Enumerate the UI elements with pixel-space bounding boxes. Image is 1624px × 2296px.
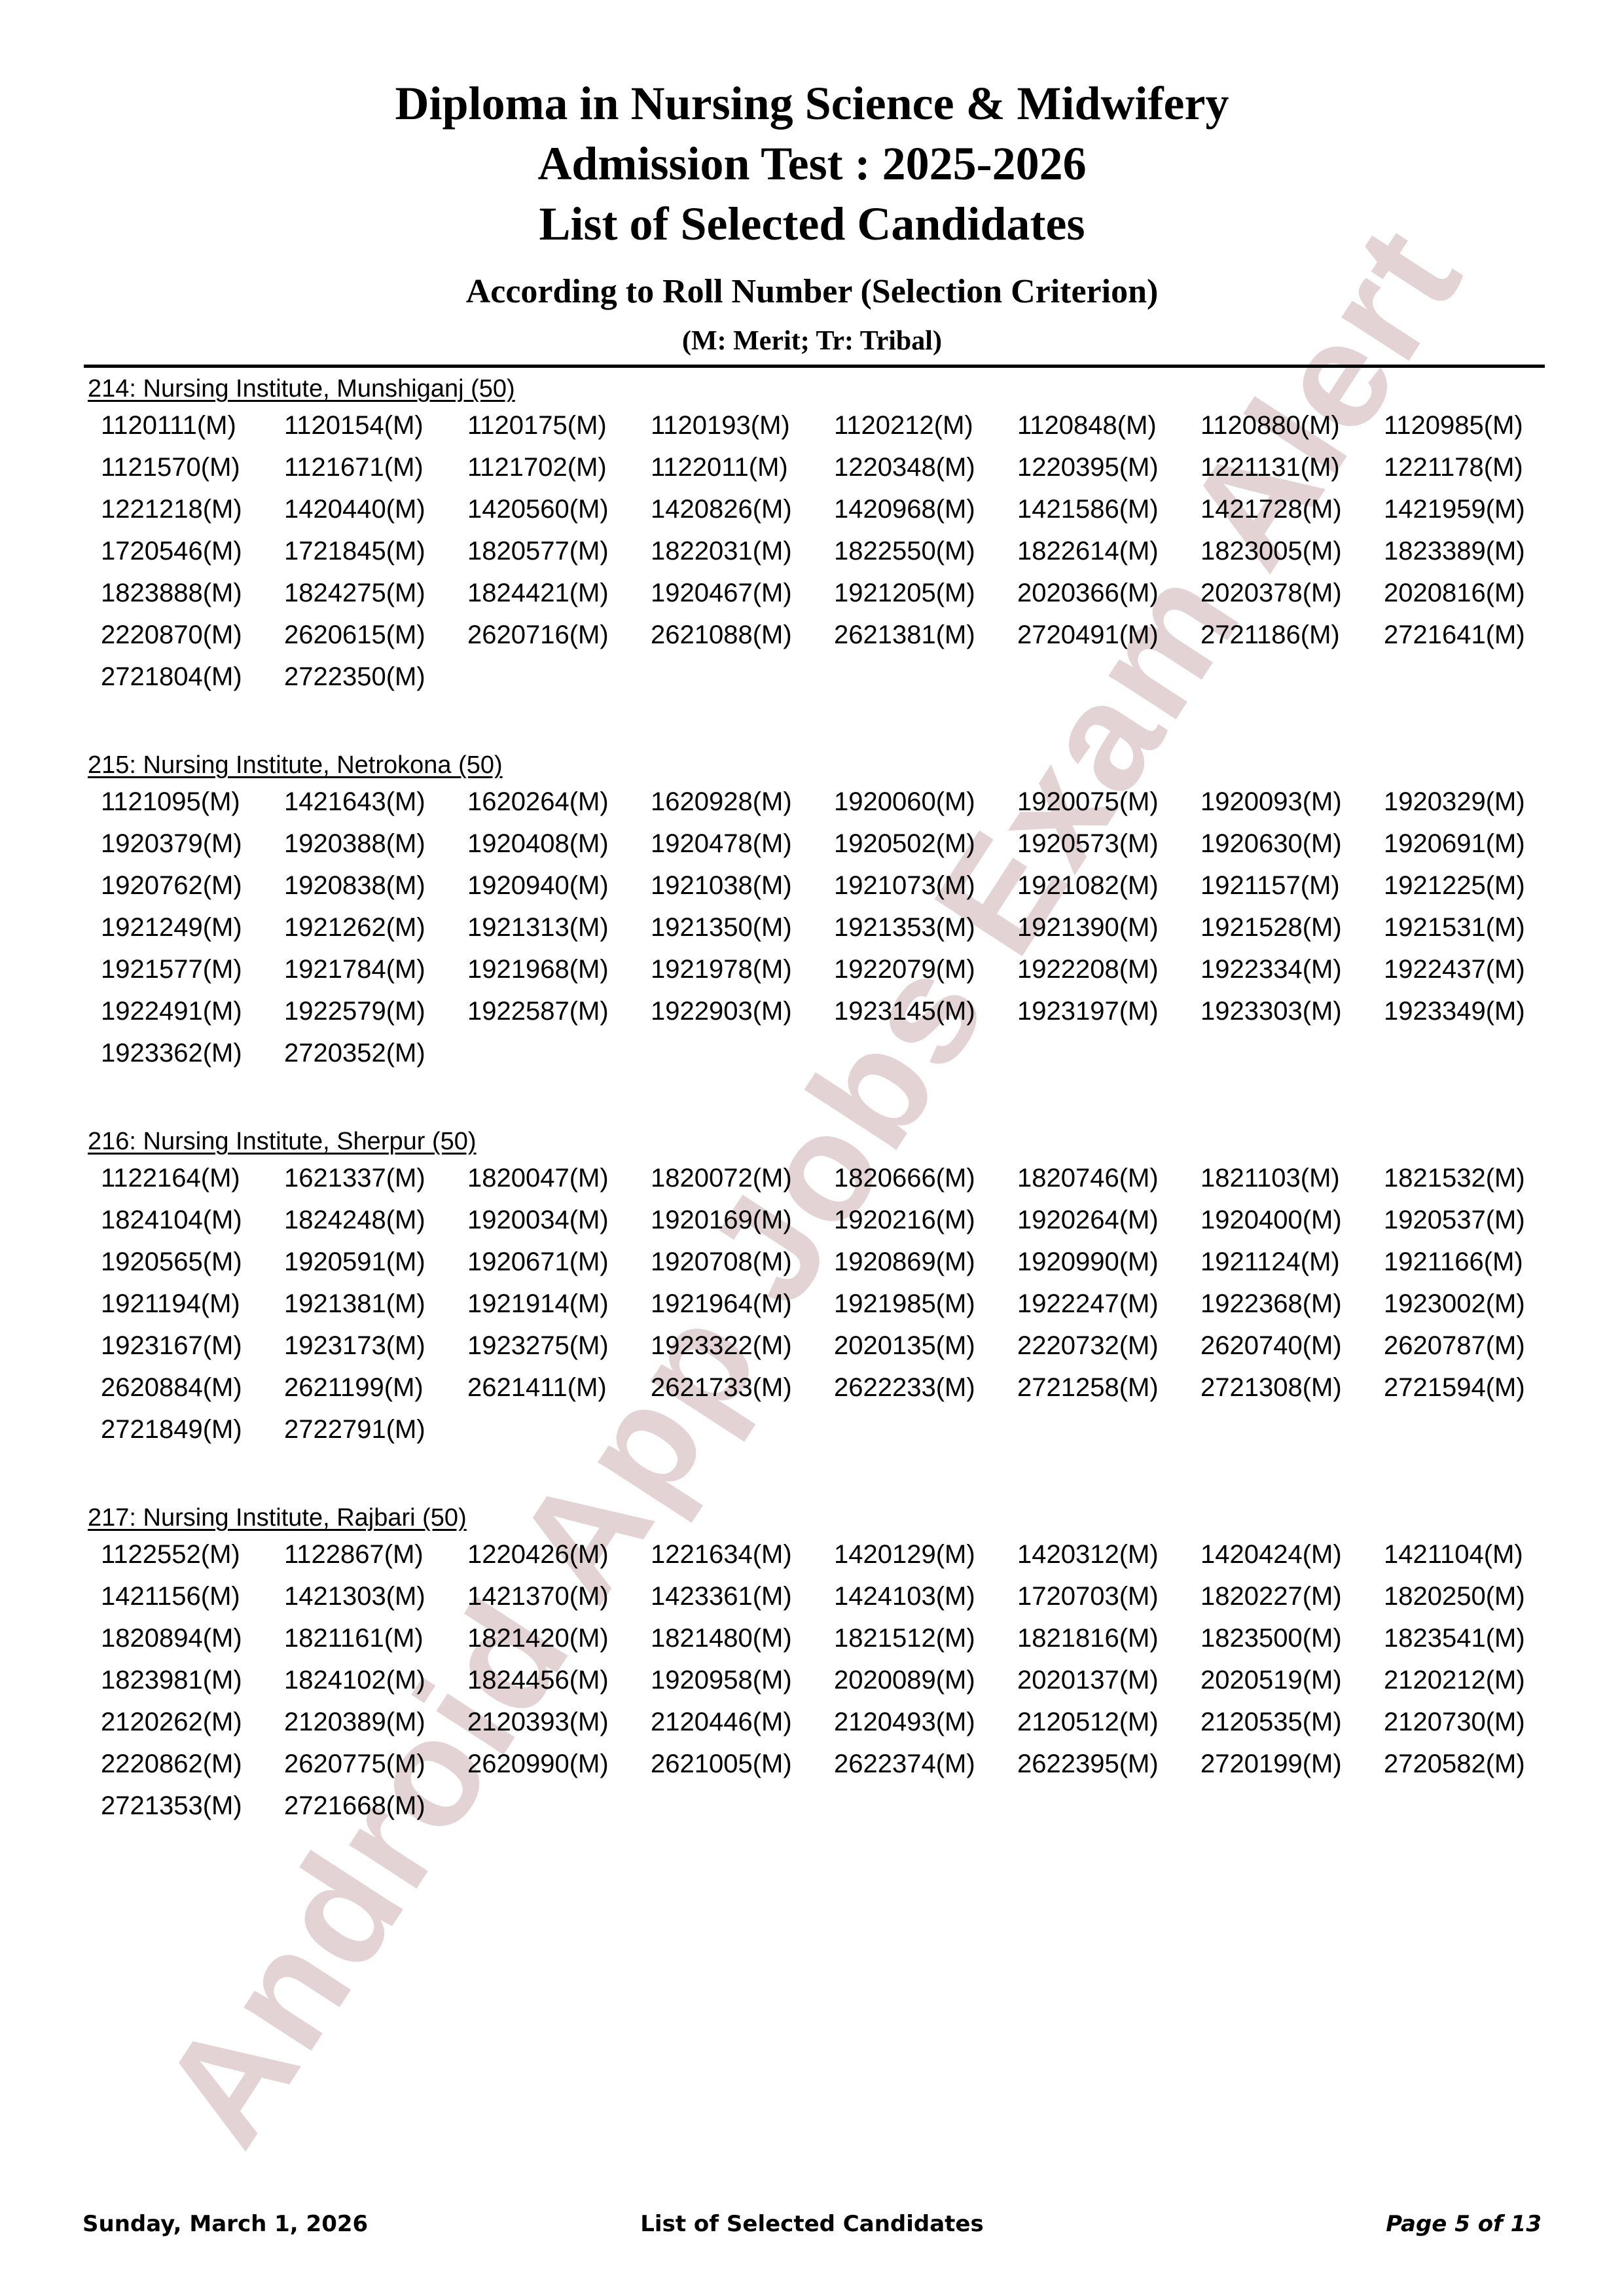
- roll-number: 1121095(M): [101, 786, 240, 817]
- roll-number: 1920573(M): [1017, 828, 1159, 859]
- roll-number: 1923197(M): [1017, 996, 1159, 1027]
- roll-number: 2721641(M): [1384, 619, 1525, 651]
- roll-number: 2622395(M): [1017, 1748, 1159, 1780]
- roll-number: 1920630(M): [1200, 828, 1342, 859]
- roll-number: 2120389(M): [284, 1706, 425, 1738]
- roll-number: 1922579(M): [284, 996, 425, 1027]
- roll-number: 1824456(M): [467, 1664, 609, 1696]
- roll-number: 2120512(M): [1017, 1706, 1159, 1738]
- roll-number: 1921784(M): [284, 954, 425, 985]
- roll-number: 2721186(M): [1200, 619, 1340, 651]
- roll-number: 2720491(M): [1017, 619, 1159, 651]
- roll-number: 1420440(M): [284, 493, 425, 525]
- roll-number: 1424103(M): [834, 1581, 975, 1612]
- roll-number: 1921073(M): [834, 870, 975, 901]
- roll-number: 1120111(M): [101, 410, 236, 441]
- roll-number: 1820894(M): [101, 1623, 242, 1654]
- roll-number: 1923167(M): [101, 1330, 242, 1361]
- roll-number: 1923322(M): [651, 1330, 792, 1361]
- roll-number: 1921381(M): [284, 1288, 425, 1319]
- roll-number: 1922587(M): [467, 996, 609, 1027]
- roll-number: 1921978(M): [651, 954, 792, 985]
- roll-number: 2721258(M): [1017, 1372, 1159, 1403]
- section-title: 215: Nursing Institute, Netrokona (50): [88, 751, 503, 780]
- roll-number: 1920216(M): [834, 1204, 975, 1236]
- roll-number: 2621199(M): [284, 1372, 424, 1403]
- roll-number: 1923173(M): [284, 1330, 425, 1361]
- roll-number: 1920093(M): [1200, 786, 1342, 817]
- roll-number: 2120262(M): [101, 1706, 242, 1738]
- roll-number: 1120985(M): [1384, 410, 1523, 441]
- roll-number: 2220862(M): [101, 1748, 242, 1780]
- roll-number: 1420560(M): [467, 493, 609, 525]
- roll-number: 1823541(M): [1384, 1623, 1525, 1654]
- roll-number: 1920691(M): [1384, 828, 1525, 859]
- roll-number: 1923362(M): [101, 1037, 242, 1069]
- roll-number: 2720352(M): [284, 1037, 425, 1069]
- roll-number: 1423361(M): [651, 1581, 792, 1612]
- roll-number: 1920400(M): [1200, 1204, 1342, 1236]
- roll-number: 1120154(M): [284, 410, 424, 441]
- roll-number: 1420968(M): [834, 493, 975, 525]
- roll-number: 1921985(M): [834, 1288, 975, 1319]
- roll-number: 1923349(M): [1384, 996, 1525, 1027]
- roll-number: 1121570(M): [101, 452, 240, 483]
- roll-number: 1821480(M): [651, 1623, 792, 1654]
- roll-number: 1721845(M): [284, 535, 425, 567]
- roll-number: 1921249(M): [101, 912, 242, 943]
- roll-number: 1122867(M): [284, 1539, 424, 1570]
- roll-number: 1821420(M): [467, 1623, 609, 1654]
- roll-number: 2721594(M): [1384, 1372, 1525, 1403]
- roll-number: 1120212(M): [834, 410, 973, 441]
- roll-number: 1920379(M): [101, 828, 242, 859]
- roll-number: 1920467(M): [651, 577, 792, 609]
- roll-number: 2621733(M): [651, 1372, 792, 1403]
- roll-number: 2120393(M): [467, 1706, 609, 1738]
- roll-number: 1421643(M): [284, 786, 425, 817]
- roll-number: 1121671(M): [284, 452, 424, 483]
- roll-number: 1820577(M): [467, 535, 609, 567]
- roll-number: 1923303(M): [1200, 996, 1342, 1027]
- roll-number: 1823005(M): [1200, 535, 1342, 567]
- roll-number: 1620264(M): [467, 786, 609, 817]
- roll-number: 1822614(M): [1017, 535, 1159, 567]
- roll-number: 2120493(M): [834, 1706, 975, 1738]
- roll-number: 1922334(M): [1200, 954, 1342, 985]
- roll-number: 2220870(M): [101, 619, 242, 651]
- roll-number: 2120212(M): [1384, 1664, 1525, 1696]
- section-title: 217: Nursing Institute, Rajbari (50): [88, 1503, 467, 1532]
- roll-number: 1421303(M): [284, 1581, 425, 1612]
- roll-number: 1823888(M): [101, 577, 242, 609]
- roll-number: 1221218(M): [101, 493, 242, 525]
- roll-number: 1824104(M): [101, 1204, 242, 1236]
- roll-number: 1922208(M): [1017, 954, 1159, 985]
- roll-number: 1921353(M): [834, 912, 975, 943]
- roll-number: 1820746(M): [1017, 1162, 1159, 1194]
- roll-number: 1920060(M): [834, 786, 975, 817]
- section-title: 216: Nursing Institute, Sherpur (50): [88, 1127, 477, 1156]
- roll-number: 1921082(M): [1017, 870, 1159, 901]
- roll-number: 2721308(M): [1200, 1372, 1342, 1403]
- roll-number: 1122011(M): [651, 452, 788, 483]
- roll-number: 2722791(M): [284, 1414, 425, 1445]
- roll-number: 1920075(M): [1017, 786, 1159, 817]
- roll-number: 1920591(M): [284, 1246, 425, 1278]
- page-footer: Sunday, March 1, 2026 List of Selected C…: [0, 2211, 1624, 2244]
- roll-number: 2721804(M): [101, 661, 242, 692]
- roll-number: 1221178(M): [1384, 452, 1523, 483]
- roll-number: 1821103(M): [1200, 1162, 1340, 1194]
- roll-number: 1821512(M): [834, 1623, 975, 1654]
- roll-number: 1921313(M): [467, 912, 609, 943]
- roll-number: 1220426(M): [467, 1539, 609, 1570]
- roll-number: 1821532(M): [1384, 1162, 1525, 1194]
- roll-number: 1421728(M): [1200, 493, 1342, 525]
- roll-number: 1420424(M): [1200, 1539, 1342, 1570]
- document-page: Android App Jobs Exam Alert Diploma in N…: [0, 0, 1624, 2296]
- roll-number: 1922491(M): [101, 996, 242, 1027]
- roll-number: 1920034(M): [467, 1204, 609, 1236]
- roll-number: 1921124(M): [1200, 1246, 1340, 1278]
- roll-number: 1920838(M): [284, 870, 425, 901]
- footer-title: List of Selected Candidates: [0, 2211, 1624, 2237]
- roll-number: 1823981(M): [101, 1664, 242, 1696]
- roll-number: 1920478(M): [651, 828, 792, 859]
- roll-number: 1921225(M): [1384, 870, 1525, 901]
- roll-number: 2620775(M): [284, 1748, 425, 1780]
- roll-number: 1920502(M): [834, 828, 975, 859]
- roll-number: 1921968(M): [467, 954, 609, 985]
- roll-number: 1920565(M): [101, 1246, 242, 1278]
- roll-number: 1621337(M): [284, 1162, 425, 1194]
- roll-number: 2720582(M): [1384, 1748, 1525, 1780]
- roll-number: 2020816(M): [1384, 577, 1525, 609]
- roll-number: 2020366(M): [1017, 577, 1159, 609]
- roll-number: 1920388(M): [284, 828, 425, 859]
- roll-number: 1120880(M): [1200, 410, 1340, 441]
- roll-number: 2620740(M): [1200, 1330, 1342, 1361]
- document-title-line-2: Admission Test : 2025-2026: [0, 140, 1624, 187]
- roll-number: 2620884(M): [101, 1372, 242, 1403]
- roll-number: 1922368(M): [1200, 1288, 1342, 1319]
- roll-number: 2721353(M): [101, 1790, 242, 1821]
- roll-number: 1820666(M): [834, 1162, 975, 1194]
- roll-number: 2621381(M): [834, 619, 975, 651]
- roll-number: 2020135(M): [834, 1330, 975, 1361]
- roll-number: 1920329(M): [1384, 786, 1525, 817]
- roll-number: 2720199(M): [1200, 1748, 1342, 1780]
- roll-number: 1920940(M): [467, 870, 609, 901]
- roll-number: 1921157(M): [1200, 870, 1340, 901]
- roll-number: 2622374(M): [834, 1748, 975, 1780]
- roll-number: 2120446(M): [651, 1706, 792, 1738]
- roll-number: 1921528(M): [1200, 912, 1342, 943]
- roll-number: 1920408(M): [467, 828, 609, 859]
- roll-number: 1820227(M): [1200, 1581, 1342, 1612]
- roll-number: 1824102(M): [284, 1664, 425, 1696]
- roll-number: 1921914(M): [467, 1288, 609, 1319]
- roll-number: 1821161(M): [284, 1623, 424, 1654]
- roll-number: 1620928(M): [651, 786, 792, 817]
- roll-number: 1420826(M): [651, 493, 792, 525]
- roll-number: 1421156(M): [101, 1581, 240, 1612]
- roll-number: 1820047(M): [467, 1162, 609, 1194]
- roll-number: 1421959(M): [1384, 493, 1525, 525]
- category-legend: (M: Merit; Tr: Tribal): [0, 327, 1624, 355]
- roll-number: 1920671(M): [467, 1246, 609, 1278]
- roll-number: 1920537(M): [1384, 1204, 1525, 1236]
- roll-number: 1821816(M): [1017, 1623, 1159, 1654]
- roll-number: 1921262(M): [284, 912, 425, 943]
- document-title-line-1: Diploma in Nursing Science & Midwifery: [0, 80, 1624, 127]
- document-title-line-3: List of Selected Candidates: [0, 200, 1624, 247]
- roll-number: 2721849(M): [101, 1414, 242, 1445]
- roll-number: 1421586(M): [1017, 493, 1159, 525]
- roll-number: 2721668(M): [284, 1790, 425, 1821]
- roll-number: 1921205(M): [834, 577, 975, 609]
- roll-number: 1822031(M): [651, 535, 792, 567]
- roll-number: 1121702(M): [467, 452, 607, 483]
- roll-number: 1720546(M): [101, 535, 242, 567]
- roll-number: 1820250(M): [1384, 1581, 1525, 1612]
- roll-number: 1922437(M): [1384, 954, 1525, 985]
- roll-number: 1922079(M): [834, 954, 975, 985]
- roll-number: 1923002(M): [1384, 1288, 1525, 1319]
- roll-number: 1221131(M): [1200, 452, 1340, 483]
- roll-number: 1122164(M): [101, 1162, 240, 1194]
- roll-number: 2020089(M): [834, 1664, 975, 1696]
- roll-number: 1120193(M): [651, 410, 790, 441]
- roll-number: 2020378(M): [1200, 577, 1342, 609]
- roll-number: 1220348(M): [834, 452, 975, 483]
- roll-number: 1420312(M): [1017, 1539, 1159, 1570]
- roll-number: 1922247(M): [1017, 1288, 1159, 1319]
- roll-number: 2120535(M): [1200, 1706, 1342, 1738]
- roll-number: 1921166(M): [1384, 1246, 1523, 1278]
- roll-number: 1421370(M): [467, 1581, 609, 1612]
- roll-number: 1823389(M): [1384, 535, 1525, 567]
- roll-number: 2020137(M): [1017, 1664, 1159, 1696]
- roll-number: 1920762(M): [101, 870, 242, 901]
- roll-number: 2620615(M): [284, 619, 425, 651]
- roll-number: 2020519(M): [1200, 1664, 1342, 1696]
- roll-number: 1920708(M): [651, 1246, 792, 1278]
- page-number: Page 5 of 13: [1386, 2211, 1542, 2237]
- roll-number: 1920264(M): [1017, 1204, 1159, 1236]
- roll-number: 1920869(M): [834, 1246, 975, 1278]
- roll-number: 1420129(M): [834, 1539, 975, 1570]
- roll-number: 1720703(M): [1017, 1581, 1159, 1612]
- roll-number: 2621411(M): [467, 1372, 607, 1403]
- document-subtitle: According to Roll Number (Selection Crit…: [0, 275, 1624, 309]
- roll-number: 2120730(M): [1384, 1706, 1525, 1738]
- roll-number: 1920169(M): [651, 1204, 792, 1236]
- roll-number: 1120848(M): [1017, 410, 1157, 441]
- roll-number: 2620990(M): [467, 1748, 609, 1780]
- roll-number: 1921577(M): [101, 954, 242, 985]
- roll-number: 1824421(M): [467, 577, 609, 609]
- roll-number: 1921194(M): [101, 1288, 240, 1319]
- roll-number: 2620787(M): [1384, 1330, 1525, 1361]
- roll-number: 1923275(M): [467, 1330, 609, 1361]
- roll-number: 1823500(M): [1200, 1623, 1342, 1654]
- roll-number: 2622233(M): [834, 1372, 975, 1403]
- section-title: 214: Nursing Institute, Munshiganj (50): [88, 374, 515, 403]
- roll-number: 1120175(M): [467, 410, 607, 441]
- roll-number: 1820072(M): [651, 1162, 792, 1194]
- roll-number: 1920958(M): [651, 1664, 792, 1696]
- header-divider: [84, 365, 1545, 368]
- roll-number: 1421104(M): [1384, 1539, 1523, 1570]
- roll-number: 1122552(M): [101, 1539, 240, 1570]
- roll-number: 1921531(M): [1384, 912, 1525, 943]
- roll-number: 1921038(M): [651, 870, 792, 901]
- roll-number: 1220395(M): [1017, 452, 1159, 483]
- roll-number: 1824248(M): [284, 1204, 425, 1236]
- roll-number: 1921964(M): [651, 1288, 792, 1319]
- roll-number: 1221634(M): [651, 1539, 792, 1570]
- roll-number: 1921350(M): [651, 912, 792, 943]
- roll-number: 1824275(M): [284, 577, 425, 609]
- roll-number: 1923145(M): [834, 996, 975, 1027]
- roll-number: 1921390(M): [1017, 912, 1159, 943]
- roll-number: 2620716(M): [467, 619, 609, 651]
- roll-number: 1822550(M): [834, 535, 975, 567]
- roll-number: 2722350(M): [284, 661, 425, 692]
- roll-number: 2621088(M): [651, 619, 792, 651]
- roll-number: 1920990(M): [1017, 1246, 1159, 1278]
- roll-number: 1922903(M): [651, 996, 792, 1027]
- roll-number: 2220732(M): [1017, 1330, 1159, 1361]
- roll-number: 2621005(M): [651, 1748, 792, 1780]
